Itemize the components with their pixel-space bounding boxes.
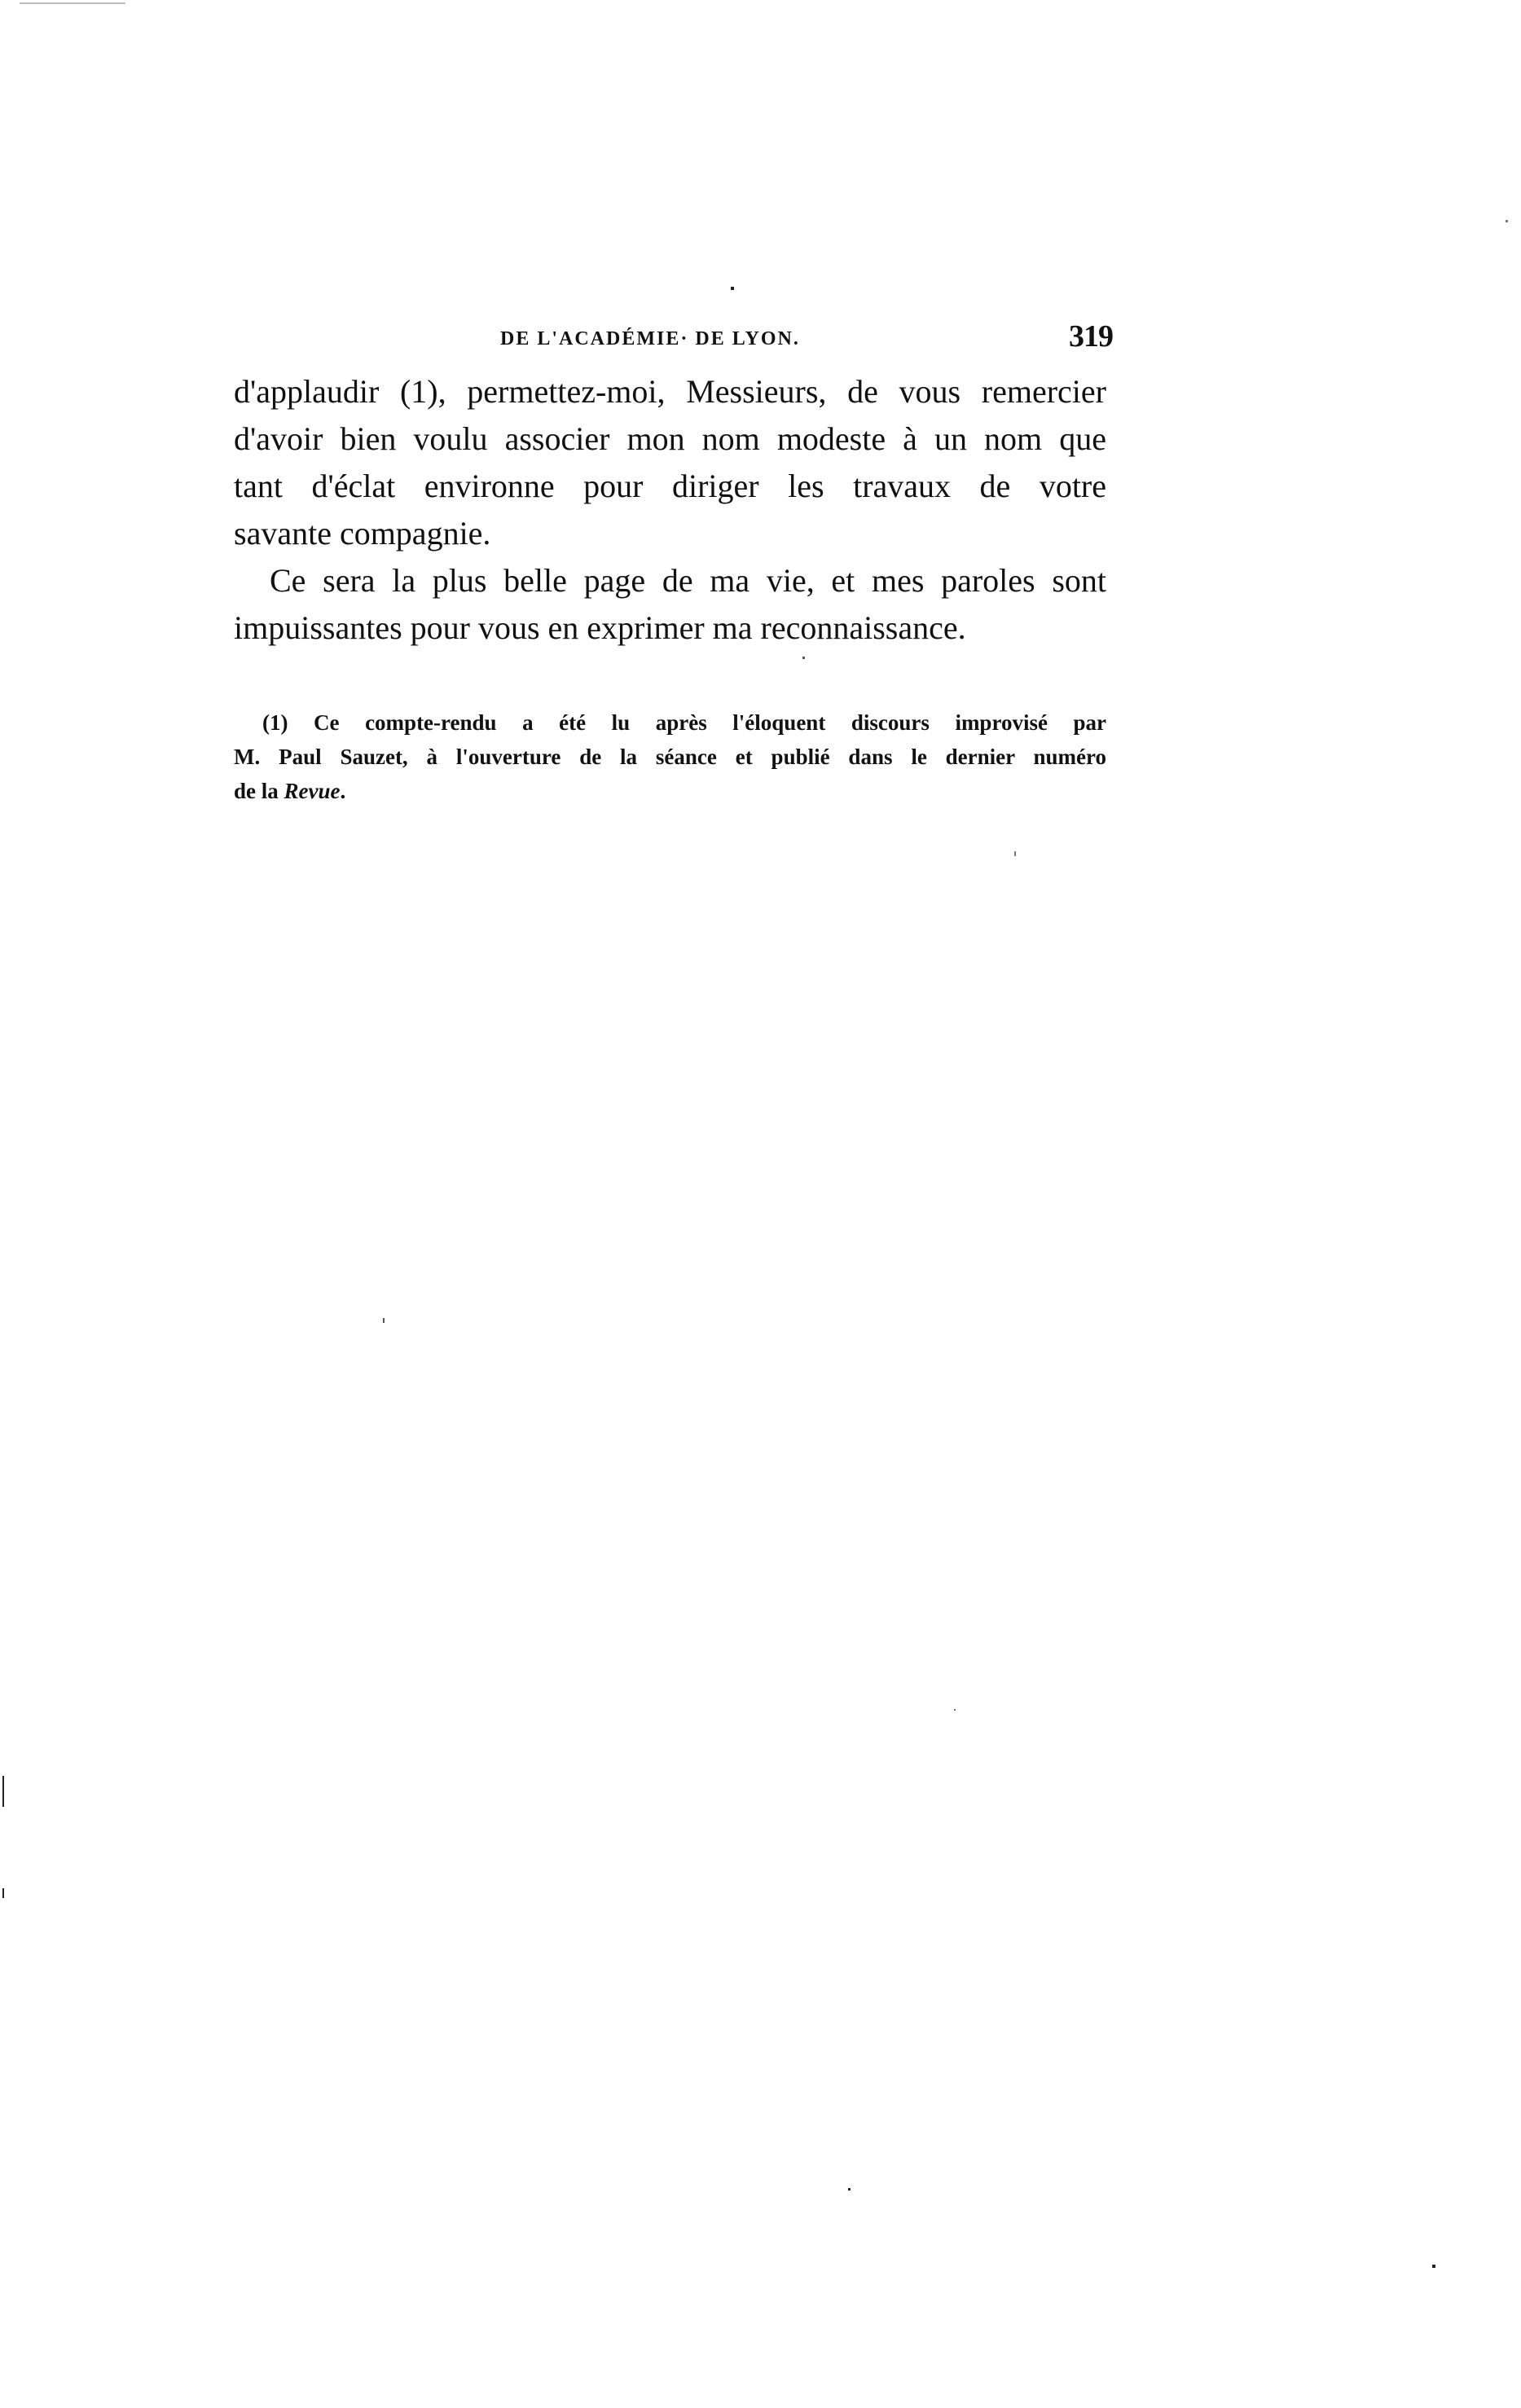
scan-artifact	[2, 1776, 4, 1807]
scan-artifact	[731, 287, 734, 290]
scan-artifact	[1432, 2265, 1435, 2268]
text-line: d'applaudir (1), permettez-moi, Messieur…	[234, 368, 1106, 415]
text-line: impuissantes pour vous en exprimer ma re…	[234, 604, 1106, 652]
scan-artifact	[20, 2, 125, 4]
running-head: DE L'ACADÉMIE· DE LYON.	[500, 324, 800, 354]
text-line: Ce sera la plus belle page de ma vie, et…	[234, 557, 1106, 604]
scan-artifact	[802, 657, 805, 659]
journal-title: Revue	[284, 779, 341, 803]
footnote-line: (1) Ce compte-rendu a été lu après l'élo…	[234, 705, 1106, 740]
scan-artifact	[1506, 220, 1508, 222]
text-line: savante compagnie.	[234, 510, 1106, 557]
scan-artifact	[848, 2188, 851, 2190]
footnote-line: M. Paul Sauzet, à l'ouverture de la séan…	[234, 740, 1106, 774]
scan-artifact	[383, 1318, 385, 1323]
book-page: DE L'ACADÉMIE· DE LYON. 319 d'applaudir …	[0, 0, 1521, 2408]
scan-artifact	[2, 1888, 4, 1898]
page-number: 319	[1061, 319, 1113, 354]
footnote: (1) Ce compte-rendu a été lu après l'élo…	[234, 705, 1106, 808]
body-text: d'applaudir (1), permettez-moi, Messieur…	[234, 368, 1106, 652]
footnote-text: de la	[234, 779, 284, 803]
text-line: d'avoir bien voulu associer mon nom mode…	[234, 415, 1106, 463]
footnote-line: de la Revue.	[234, 774, 1106, 808]
scan-artifact	[954, 1709, 956, 1711]
text-line: tant d'éclat environne pour diriger les …	[234, 463, 1106, 510]
scan-artifact	[1014, 851, 1016, 856]
footnote-text: .	[341, 779, 346, 803]
